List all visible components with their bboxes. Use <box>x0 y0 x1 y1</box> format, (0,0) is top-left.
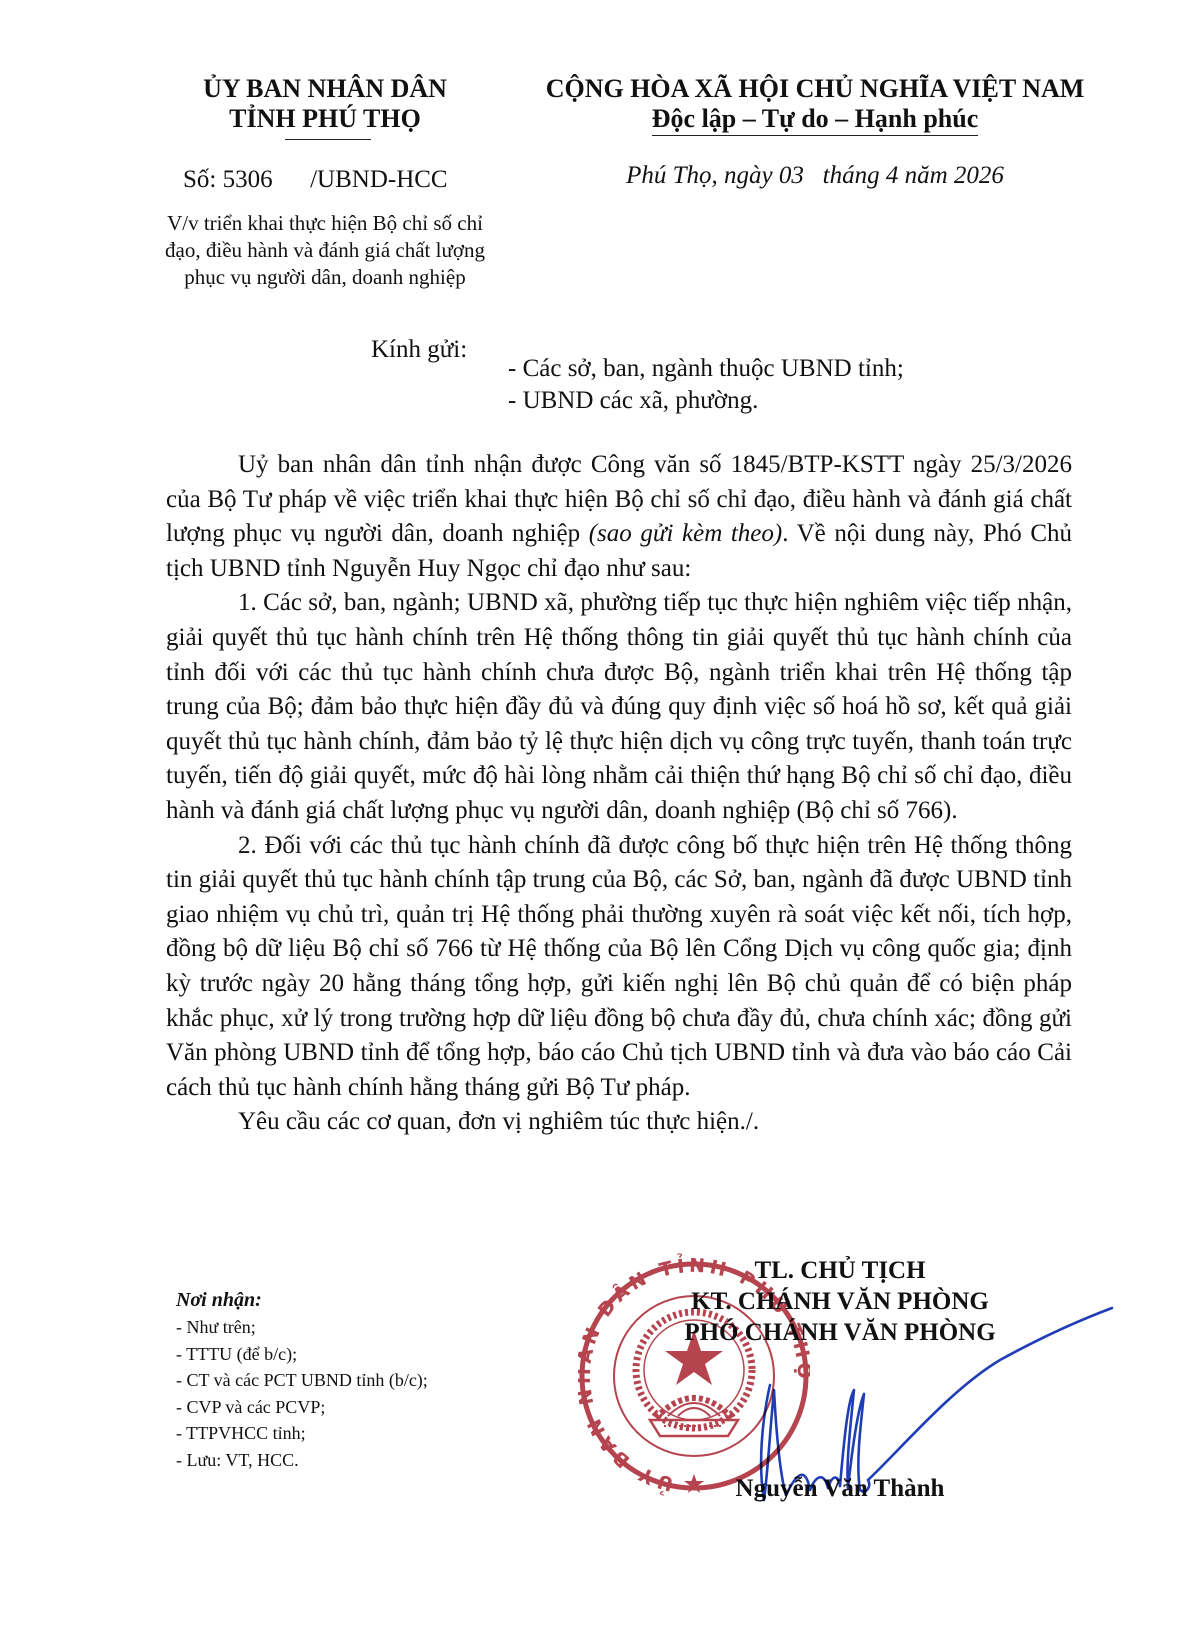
handwritten-signature-icon <box>740 1290 1120 1520</box>
org-underline <box>285 139 371 140</box>
national-motto: Độc lập – Tự do – Hạnh phúc <box>652 104 979 136</box>
distribution-item: - CVP và các PCVP; <box>176 1394 428 1421</box>
document-subject: V/v triển khai thực hiện Bộ chỉ số chỉ đ… <box>150 210 500 291</box>
distribution-item: - CT và các PCT UBND tỉnh (b/c); <box>176 1367 428 1394</box>
document-number: Số: 5306 /UBND-HCC <box>183 165 448 195</box>
directive-item-2: 2. Đối với các thủ tục hành chính đã đượ… <box>166 829 1072 1106</box>
subject-line: V/v triển khai thực hiện Bộ chỉ số chỉ <box>150 210 500 237</box>
recipients-label: Kính gửi: <box>371 335 467 365</box>
recipients-list: - Các sở, ban, ngành thuộc UBND tỉnh; - … <box>508 353 904 417</box>
dateline: Phú Thọ, ngày 03 tháng 4 năm 2026 <box>515 161 1115 191</box>
distribution-item: - TTPVHCC tỉnh; <box>176 1420 428 1447</box>
intro-paragraph: Uỷ ban nhân dân tỉnh nhận được Công văn … <box>166 448 1072 586</box>
directive-item-1: 1. Các sở, ban, ngành; UBND xã, phường t… <box>166 586 1072 828</box>
issuing-org-line2: TỈNH PHÚ THỌ <box>160 104 490 134</box>
national-title: CỘNG HÒA XÃ HỘI CHỦ NGHĨA VIỆT NAM <box>515 74 1115 104</box>
subject-line: phục vụ người dân, doanh nghiệp <box>150 264 500 291</box>
distribution-item: - Như trên; <box>176 1314 428 1341</box>
closing-paragraph: Yêu cầu các cơ quan, đơn vị nghiêm túc t… <box>166 1105 1072 1140</box>
document-body: Uỷ ban nhân dân tỉnh nhận được Công văn … <box>166 448 1072 1140</box>
recipient-item: - UBND các xã, phường. <box>508 385 904 417</box>
distribution-item: - Lưu: VT, HCC. <box>176 1447 428 1474</box>
distribution-list: Nơi nhận: - Như trên; - TTTU (để b/c); -… <box>176 1288 428 1473</box>
distribution-item: - TTTU (để b/c); <box>176 1341 428 1368</box>
issuing-org-line1: ỦY BAN NHÂN DÂN <box>160 74 490 104</box>
recipient-item: - Các sở, ban, ngành thuộc UBND tỉnh; <box>508 353 904 385</box>
distribution-title: Nơi nhận: <box>176 1288 428 1312</box>
intro-attachment-note: (sao gửi kèm theo) <box>589 520 783 547</box>
motto-container: Độc lập – Tự do – Hạnh phúc <box>515 104 1115 136</box>
subject-line: đạo, điều hành và đánh giá chất lượng <box>150 237 500 264</box>
